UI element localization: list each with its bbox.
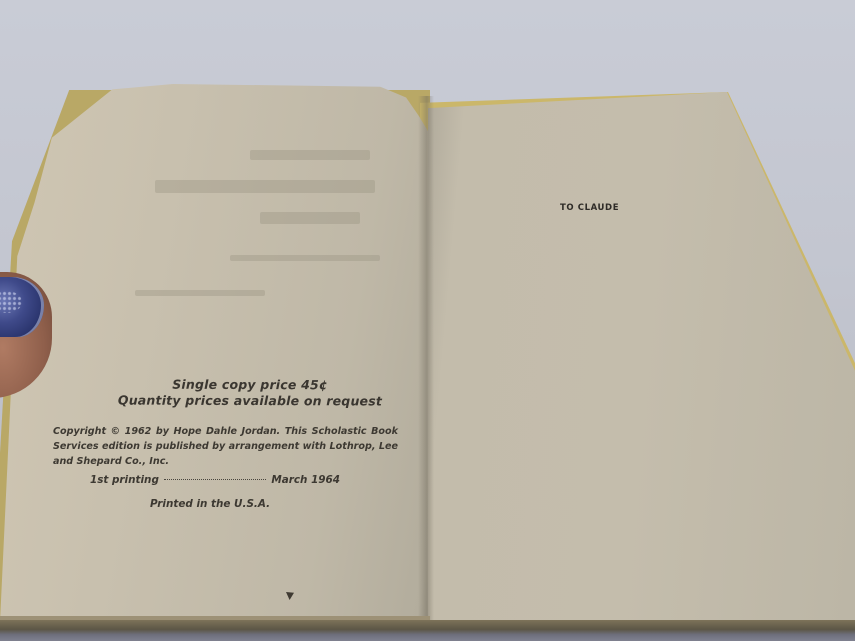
leader-dots (164, 479, 267, 480)
printing-history: 1st printing March 1964 (90, 474, 340, 486)
single-copy-price: Single copy price 45¢ (95, 376, 405, 392)
book-spine-gutter (418, 96, 434, 621)
price-block: Single copy price 45¢ Quantity prices av… (95, 376, 405, 411)
table-edge-shadow (0, 620, 855, 641)
quantity-prices-note: Quantity prices available on request (95, 392, 405, 408)
printed-in-country: Printed in the U.S.A. (150, 498, 270, 510)
show-through-text (250, 150, 370, 160)
dedication-text: TO CLAUDE (560, 203, 619, 213)
book-photo-scene: Single copy price 45¢ Quantity prices av… (0, 0, 855, 641)
show-through-text (135, 290, 265, 296)
left-page (0, 84, 432, 622)
right-page (428, 92, 855, 628)
show-through-text (155, 180, 375, 193)
printing-date: March 1964 (271, 474, 340, 486)
printing-label: 1st printing (90, 474, 159, 486)
show-through-text (230, 255, 380, 261)
copyright-notice: Copyright © 1962 by Hope Dahle Jordan. T… (53, 424, 398, 469)
show-through-text (260, 212, 360, 224)
